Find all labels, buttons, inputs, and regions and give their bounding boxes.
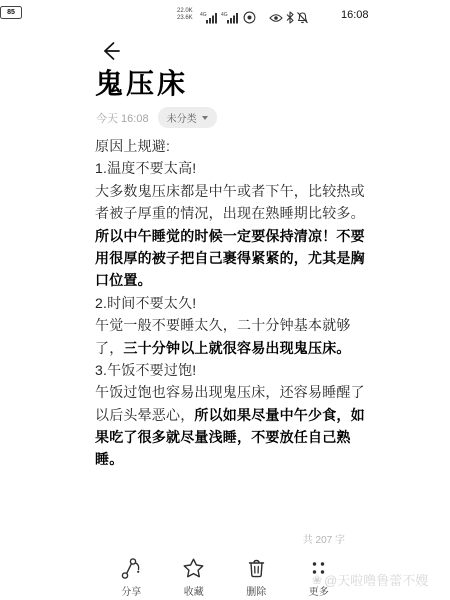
category-selector[interactable]: 未分类 [158,107,217,128]
note-line: 者被子厚重的情况，出现在熟睡期比较多。 [95,202,375,224]
note-line: 原因上规避: [95,135,375,157]
category-label: 未分类 [167,110,197,125]
share-button[interactable]: 分享 [100,557,163,598]
watermark-text: @天啦噜鲁蕾不嫂 [324,570,428,589]
note-app-screen: 22.0K 23.6K 4G 4G [0,0,450,600]
note-line: 果吃了很多就尽量浅睡，不要放任自己熟 [95,426,375,448]
note-line: 大多数鬼压床都是中午或者下午，比较热或 [95,180,375,202]
note-line: 所以中午睡觉的时候一定要保持清凉！不要 [95,225,375,247]
note-timestamp: 今天 16:08 [96,110,149,126]
net-type-label-1: 4G [200,12,207,18]
star-icon [182,557,205,580]
signal-bars-icon-1: 4G [200,11,219,24]
upload-speed: 22.0K [177,8,193,15]
note-meta-row: 今天 16:08 未分类 [96,107,217,128]
word-count: 共 207 字 [95,531,345,546]
delete-label: 删除 [246,583,266,598]
note-line: 睡。 [95,448,375,470]
battery-icon: 85 [0,6,22,19]
note-line: 口位置。 [95,269,375,291]
signal-bars-icon-2: 4G [221,11,240,24]
share-icon [120,557,143,580]
note-line: 午觉一般不要睡太久，二十分钟基本就够 [95,314,375,336]
note-line: 1.温度不要太高! [95,157,375,179]
bluetooth-icon [286,11,294,24]
battery-percent: 85 [7,9,15,16]
share-label: 分享 [121,583,141,598]
watermark: ❀ @天啦噜鲁蕾不嫂 [312,570,428,589]
trash-icon [245,557,268,580]
download-speed: 23.6K [177,15,193,22]
note-line: 用很厚的被子把自己裹得紧紧的，尤其是胸 [95,247,375,269]
note-line: 3.午饭不要过饱! [95,359,375,381]
volte-icon [243,11,256,24]
flower-icon: ❀ [312,573,322,587]
chevron-down-icon [202,116,208,120]
note-body[interactable]: 原因上规避:1.温度不要太高!大多数鬼压床都是中午或者下午，比较热或者被子厚重的… [95,135,375,471]
note-line: 午饭过饱也容易出现鬼压床，还容易睡醒了 [95,381,375,403]
eye-comfort-icon [269,13,283,23]
note-title[interactable]: 鬼压床 [95,62,188,102]
note-line: 了，三十分钟以上就很容易出现鬼压床。 [95,337,375,359]
favorite-button[interactable]: 收藏 [163,557,226,598]
status-time: 16:08 [341,9,369,21]
net-type-label-2: 4G [221,12,228,18]
back-button[interactable] [99,40,123,64]
network-speed-indicator: 22.0K 23.6K [177,8,193,22]
favorite-label: 收藏 [184,583,204,598]
mute-bell-icon [296,11,309,24]
note-line: 2.时间不要太久! [95,292,375,314]
status-bar: 22.0K 23.6K 4G 4G [0,6,450,28]
note-line: 以后头晕恶心，所以如果尽量中午少食，如 [95,404,375,426]
delete-button[interactable]: 删除 [225,557,288,598]
